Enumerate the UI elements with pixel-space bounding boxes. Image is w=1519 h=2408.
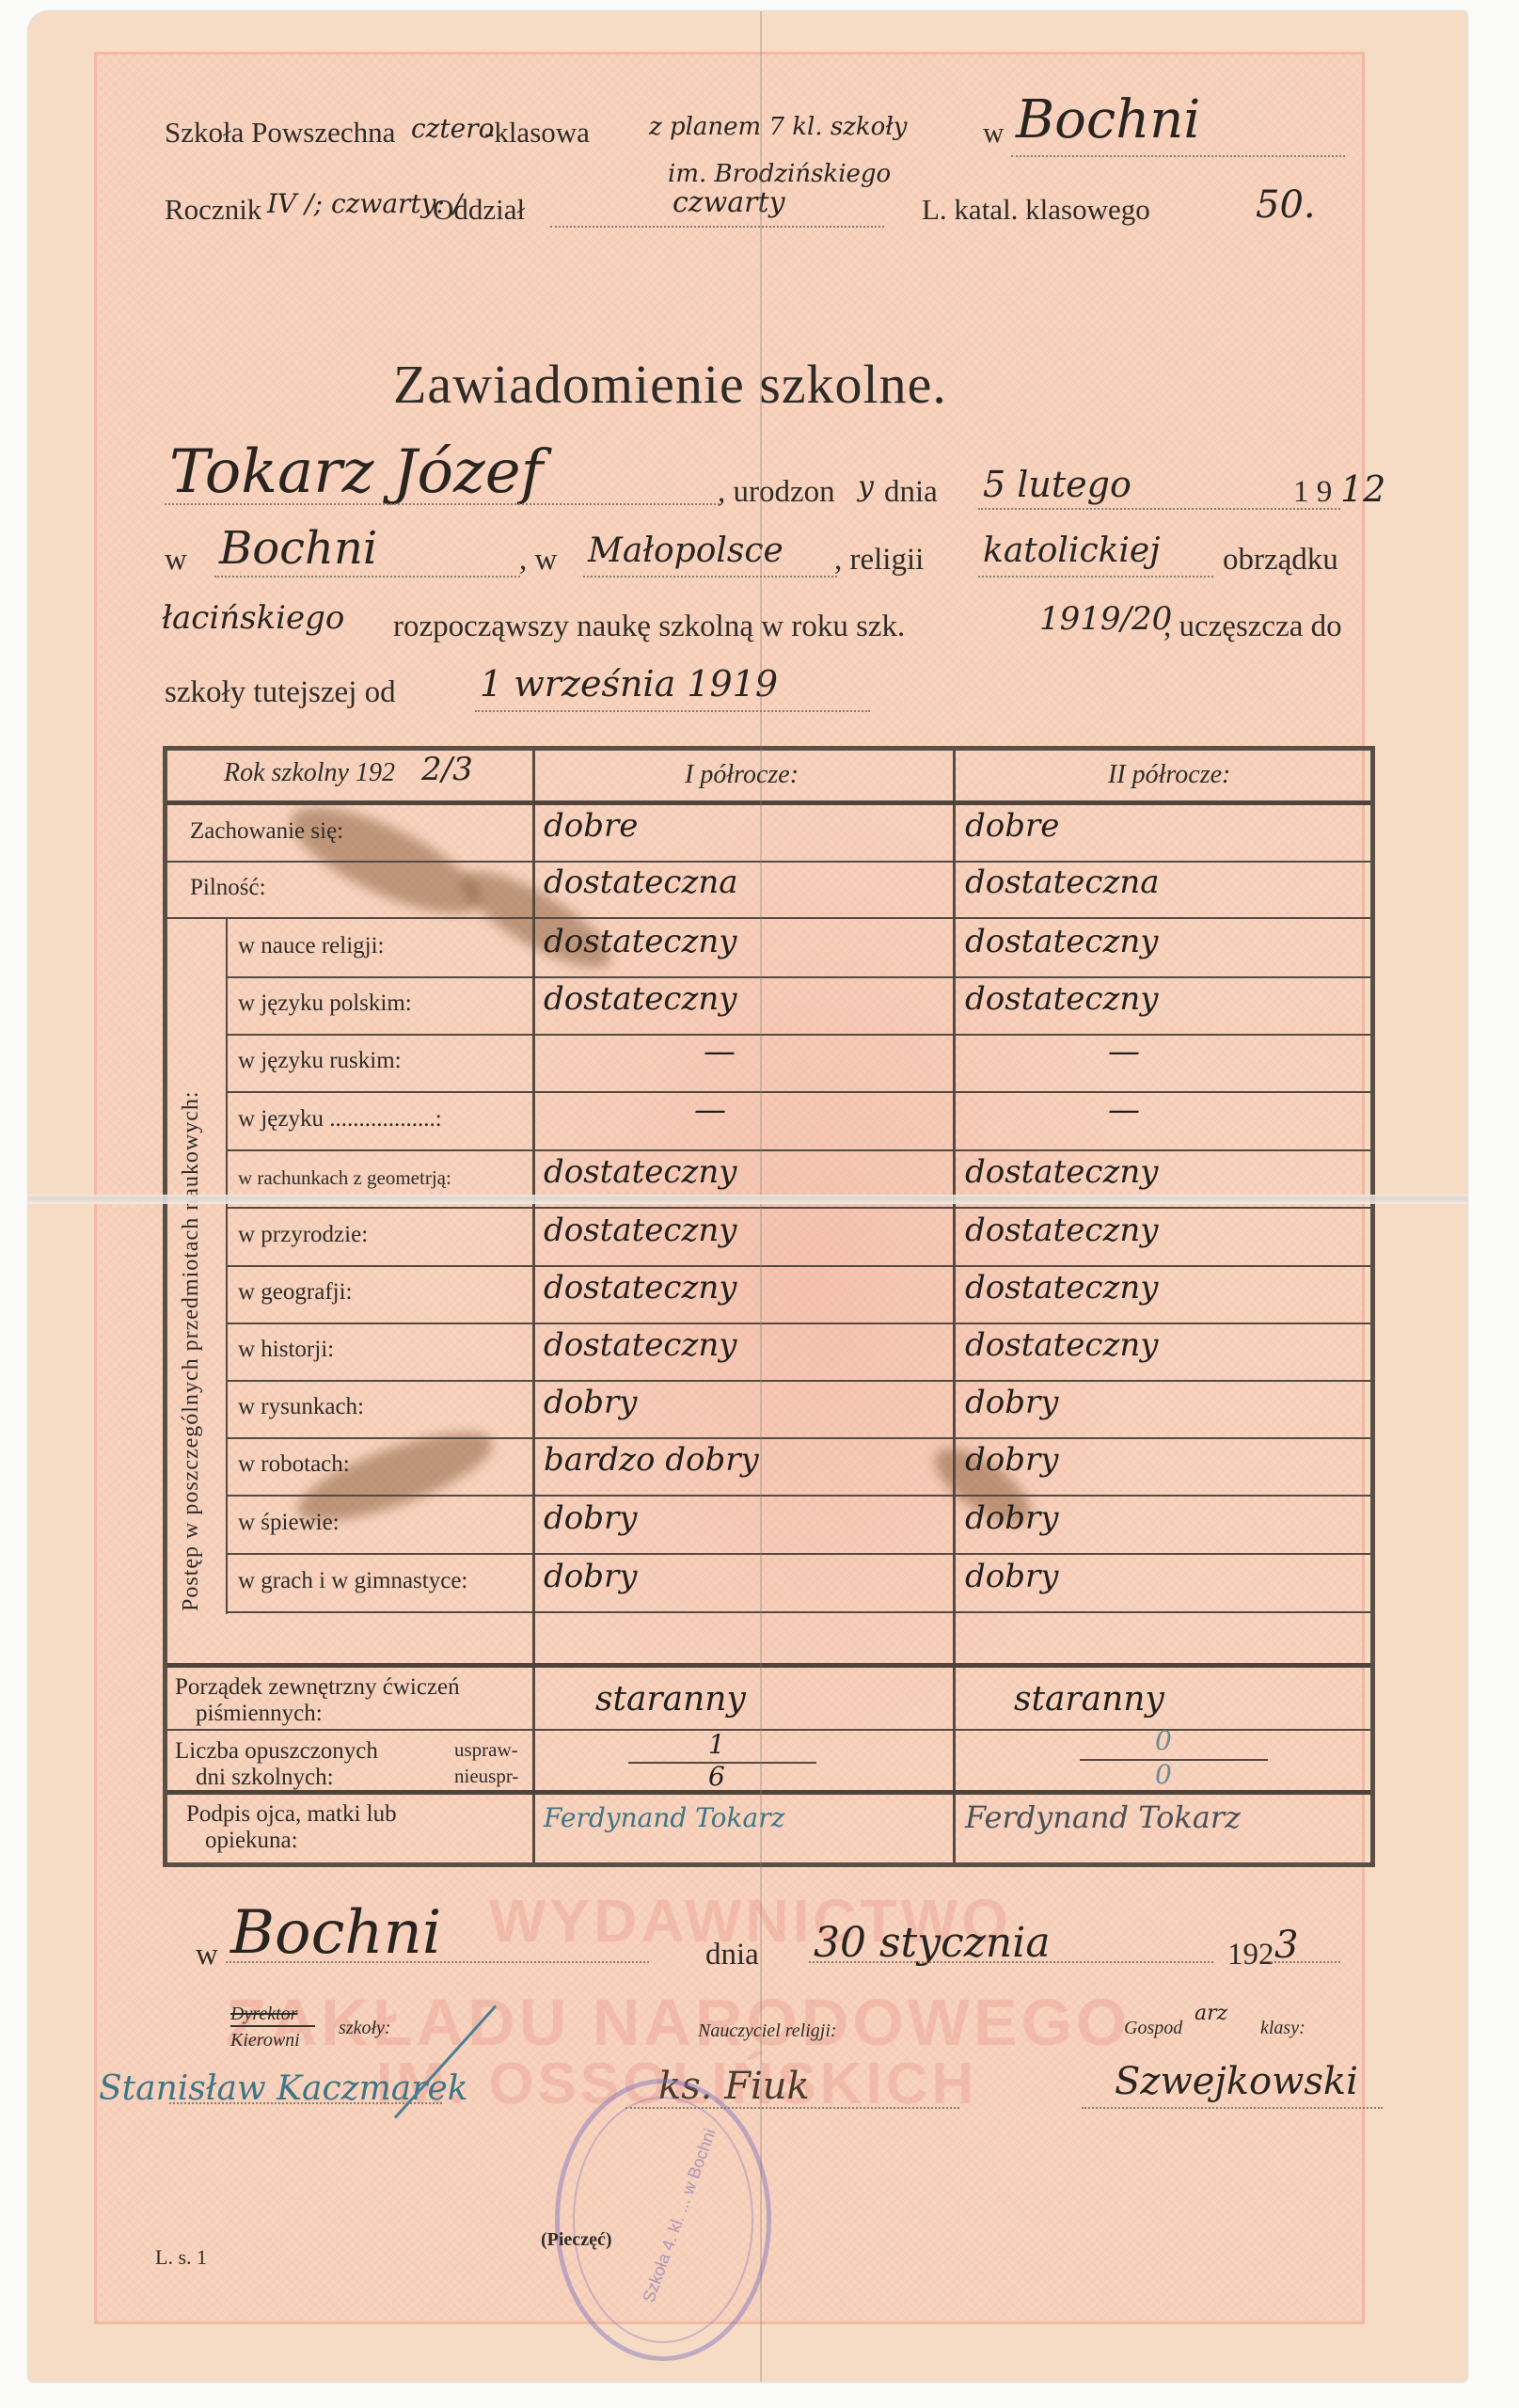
fold-crease-horizontal	[28, 1195, 1467, 1204]
grade-religion-s1: dostateczny	[544, 923, 736, 960]
grade-drawing-s2: dobry	[965, 1384, 1058, 1421]
dotted-line	[978, 508, 1340, 510]
grade-history-s1: dostateczny	[544, 1326, 736, 1364]
dnia-label: dnia	[884, 475, 938, 510]
row-label-nature: w przyrodzie:	[238, 1222, 368, 1248]
school-type-label: Szkoła Powszechna	[165, 116, 395, 150]
grade-history-s2: dostateczny	[965, 1326, 1158, 1364]
dotted-line	[1082, 2107, 1383, 2109]
row-divider	[167, 917, 1370, 919]
row-divider	[167, 1790, 1370, 1795]
row-label-religion: w nauce religji:	[238, 933, 385, 959]
region-handwritten: Małopolsce	[588, 531, 783, 570]
grade-polish-s1: dostateczny	[544, 980, 736, 1018]
dotted-line	[583, 576, 837, 578]
absences-excused-s1: 1	[708, 1729, 725, 1760]
row-divider	[226, 1553, 1370, 1555]
dotted-line	[475, 710, 870, 712]
grade-ruthenian-s1: —	[704, 1033, 736, 1070]
row-label-arithmetic: w rachunkach z geometrją:	[238, 1166, 451, 1190]
grade-geography-s1: dostateczny	[544, 1269, 736, 1307]
parent-signature-s1: Ferdynand Tokarz	[544, 1802, 784, 1833]
row-divider	[226, 1034, 1370, 1036]
dotted-line	[550, 226, 884, 228]
school-patron-handwritten: im. Brodzińskiego	[668, 160, 891, 188]
row-label-parent-signature-1: Podpis ojca, matki lub	[186, 1801, 397, 1828]
birth-date-handwritten: 5 lutego	[983, 464, 1131, 505]
row-divider	[167, 800, 1370, 805]
absences-unexcused-s1: 6	[708, 1761, 725, 1792]
born-suffix-handwritten: y	[858, 470, 874, 503]
footer-city-handwritten: Bochni	[230, 1898, 441, 1968]
headmaster-label: Kierowni	[230, 2030, 300, 2052]
row-label-parent-signature-2: opiekuna:	[205, 1828, 298, 1854]
class-teacher-signature: Szwejkowski	[1115, 2060, 1358, 2103]
grade-nature-s1: dostateczny	[544, 1212, 736, 1249]
row-label-neatness-2: piśmiennych:	[196, 1701, 323, 1727]
row-divider	[226, 1380, 1370, 1382]
dotted-line	[809, 1961, 1213, 1963]
school-w-label: w	[983, 116, 1004, 150]
footer-year-print: 192	[1227, 1938, 1274, 1972]
grade-behaviour-s2: dobre	[965, 807, 1059, 845]
subjects-vertical-label: Postęp w poszczególnych przedmiotach nau…	[179, 1090, 204, 1611]
absences-unexcused-label: nieuspr-	[454, 1765, 518, 1788]
born-label: , urodzon	[718, 475, 835, 510]
dotted-line	[978, 576, 1213, 578]
footer-date-handwritten: 30 stycznia	[814, 1919, 1051, 1967]
footer-dnia-label: dnia	[705, 1938, 759, 1972]
start-label: rozpocząwszy naukę szkolną w roku szk.	[393, 610, 905, 644]
label-divider	[230, 2025, 315, 2027]
grade-singing-s2: dobry	[965, 1499, 1058, 1537]
footer-w-label: w	[196, 1938, 218, 1972]
grade-arithmetic-s2: dostateczny	[965, 1153, 1158, 1191]
birth-year-print: 1 9	[1293, 475, 1332, 510]
dotted-line	[1270, 1961, 1340, 1963]
start-year-handwritten: 1919/20	[1039, 600, 1172, 638]
row-label-drawing: w rysunkach:	[238, 1394, 364, 1420]
row-divider	[226, 1149, 1370, 1151]
school-plan-note: z planem 7 kl. szkoły	[649, 113, 907, 141]
row-label-ruthenian: w języku ruskim:	[238, 1048, 402, 1074]
grade-diligence-s1: dostateczna	[544, 863, 738, 901]
row-divider	[226, 1323, 1370, 1324]
religion-teacher-label: Nauczyciel religji:	[698, 2020, 837, 2042]
row-label-gymnastics: w grach i w gimnastyce:	[238, 1568, 467, 1594]
school-year-label: Rok szkolny 192	[224, 758, 395, 788]
oddzial-handwritten: czwarty	[672, 186, 785, 219]
grade-arithmetic-s1: dostateczny	[544, 1153, 736, 1191]
grade-nature-s2: dostateczny	[965, 1212, 1158, 1249]
katalog-label: L. katal. klasowego	[922, 193, 1150, 227]
grade-gymnastics-s1: dobry	[544, 1558, 637, 1595]
row-divider	[226, 1207, 1370, 1209]
row-label-polish: w języku polskim:	[238, 990, 412, 1017]
stamp-inner-ring	[573, 2097, 753, 2343]
row-divider	[226, 976, 1370, 978]
row-label-absences-1: Liczba opuszczonych	[175, 1738, 378, 1765]
class-teacher-suffix: arz	[1195, 2002, 1227, 2025]
school-city-handwritten: Bochni	[1016, 89, 1200, 150]
school-year-handwritten: 2/3	[421, 751, 473, 788]
absences-excused-label: uspraw-	[454, 1738, 518, 1762]
oddzial-label: Oddział	[433, 193, 525, 227]
grade-handicraft-s1: bardzo dobry	[544, 1441, 759, 1479]
row-label-other-language: w języku ..................:	[238, 1106, 442, 1133]
grade-diligence-s2: dostateczna	[965, 863, 1160, 901]
class-teacher-label: Gospod	[1124, 2018, 1182, 2039]
rite-label: obrządku	[1223, 543, 1338, 578]
absences-unexcused-s2: 0	[1155, 1759, 1172, 1790]
religion-handwritten: katolickiej	[983, 531, 1160, 570]
dotted-line	[169, 2102, 442, 2104]
rite-handwritten: łacińskiego	[162, 599, 344, 637]
absences-excused-s2: 0	[1155, 1725, 1172, 1756]
row-divider	[226, 1437, 1370, 1439]
grade-other-language-s1: —	[694, 1091, 726, 1129]
row-label-diligence: Pilność:	[190, 875, 266, 901]
student-name-handwritten: Tokarz Józef	[169, 437, 543, 507]
school-label: szkoły:	[339, 2018, 391, 2039]
row-divider	[167, 1663, 1370, 1668]
school-stamp: Szkoła 4. kl. ... w Bochni	[555, 2079, 771, 2361]
grade-religion-s2: dostateczny	[965, 923, 1158, 960]
seal-label: (Pieczęć)	[541, 2229, 611, 2251]
religion-label: , religii	[834, 543, 924, 578]
row-label-neatness-1: Porządek zewnętrzny ćwiczeń	[175, 1674, 460, 1701]
grades-table: Rok szkolny 192 2/3 I półrocze: II półro…	[163, 746, 1375, 1867]
grade-ruthenian-s2: —	[1108, 1033, 1140, 1070]
birth-year-handwritten: 12	[1340, 468, 1385, 510]
row-divider	[167, 1729, 1370, 1731]
grade-drawing-s1: dobry	[544, 1384, 637, 1421]
dotted-line	[214, 576, 520, 578]
since-label: szkoły tutejszej od	[165, 675, 396, 710]
row-divider	[226, 1091, 1370, 1093]
dotted-line	[226, 1961, 649, 1963]
grade-other-language-s2: —	[1108, 1091, 1140, 1129]
grade-behaviour-s1: dobre	[544, 807, 638, 845]
dotted-line	[1011, 155, 1345, 157]
fraction-line	[1080, 1759, 1268, 1761]
class-label: klasy:	[1260, 2018, 1305, 2039]
katalog-number-handwritten: 50.	[1256, 183, 1316, 227]
document-title: Zawiadomienie szkolne.	[393, 353, 947, 416]
dotted-line	[165, 503, 720, 505]
school-class-label: -klasowa	[484, 116, 590, 150]
row-label-geography: w geografji:	[238, 1279, 352, 1306]
grade-singing-s1: dobry	[544, 1499, 637, 1537]
grade-polish-s2: dostateczny	[965, 980, 1158, 1018]
grade-neatness-s1: staranny	[595, 1680, 746, 1719]
since-date-handwritten: 1 września 1919	[480, 663, 778, 705]
grade-gymnastics-s2: dobry	[965, 1558, 1058, 1595]
grade-geography-s2: dostateczny	[965, 1269, 1158, 1307]
semester-1-header: I półrocze:	[685, 760, 799, 790]
grade-neatness-s2: staranny	[1014, 1680, 1164, 1719]
row-label-behaviour: Zachowanie się:	[190, 818, 343, 845]
row-divider	[226, 1611, 1370, 1613]
row-label-singing: w śpiewie:	[238, 1510, 340, 1536]
grade-handicraft-s2: dobry	[965, 1441, 1058, 1479]
row-divider	[167, 861, 1370, 863]
row-label-history: w historji:	[238, 1337, 334, 1363]
birth-place-handwritten: Bochni	[219, 522, 377, 575]
director-label: Dyrektor	[230, 2004, 297, 2025]
attends-label: , uczęszcza do	[1163, 610, 1342, 644]
place-w-label: w	[165, 543, 187, 578]
parent-signature-s2: Ferdynand Tokarz	[965, 1799, 1241, 1835]
rocznik-label: Rocznik	[165, 193, 261, 227]
row-label-handicraft: w robotach:	[238, 1451, 350, 1478]
row-label-absences-2: dni szkolnych:	[196, 1765, 334, 1791]
row-divider	[226, 1495, 1370, 1497]
form-number: L. s. 1	[155, 2245, 207, 2270]
school-type-handwritten: cztero	[411, 113, 495, 144]
region-w-label: , w	[519, 543, 557, 578]
row-divider	[226, 1265, 1370, 1267]
semester-2-header: II półrocze:	[1108, 760, 1230, 790]
